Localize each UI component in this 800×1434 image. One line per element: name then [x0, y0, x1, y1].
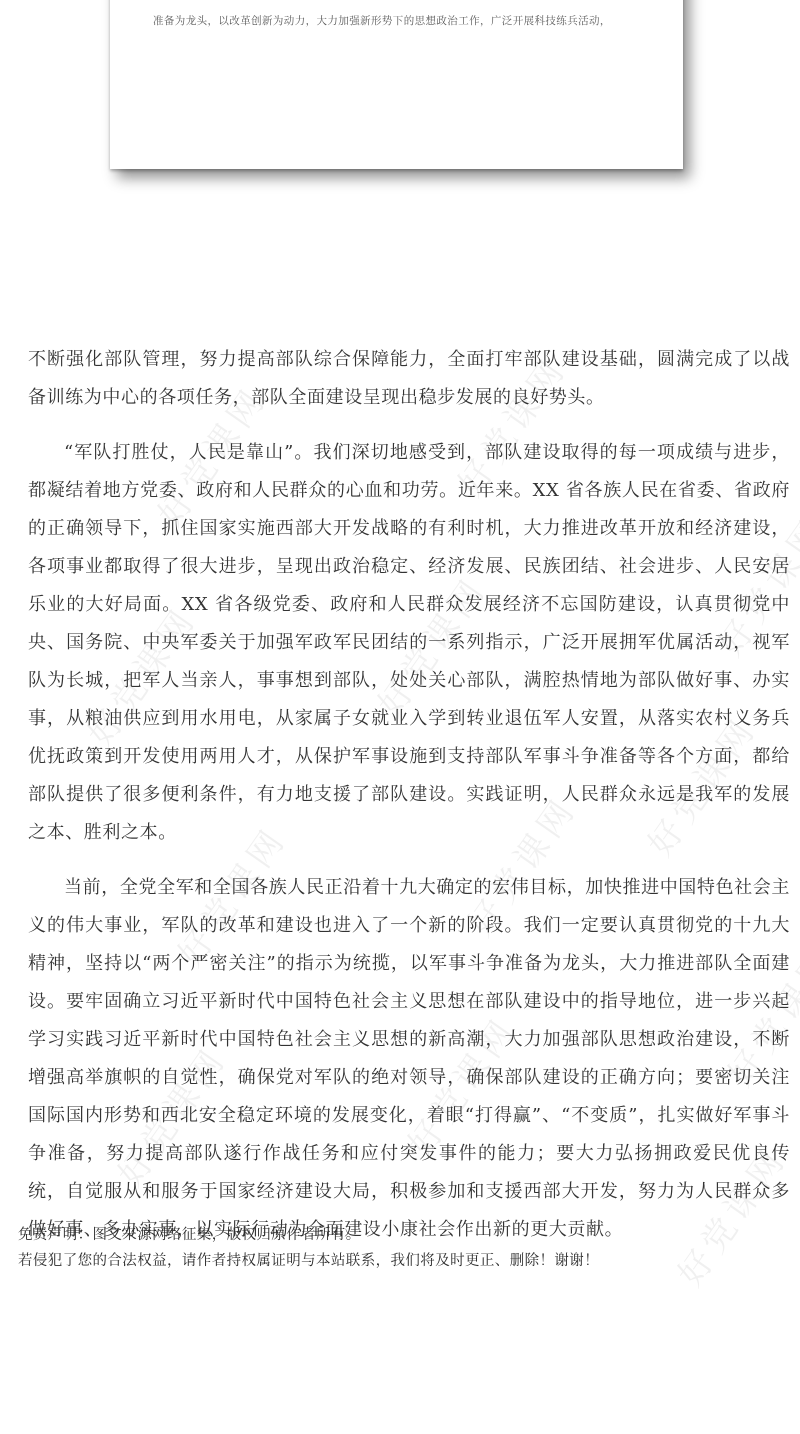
previous-page-sheet: 准备为龙头，以改革创新为动力，大力加强新形势下的思想政治工作，广泛开展科技练兵活…: [110, 0, 683, 169]
disclaimer-line-1: 免责声明：图文来源网络征集，版权归原作者所有。: [18, 1222, 788, 1248]
body-paragraph-3: 当前，全党全军和全国各族人民正沿着十九大确定的宏伟目标，加快推进中国特色社会主义…: [28, 869, 790, 1249]
document-body: 不断强化部队管理，努力提高部队综合保障能力，全面打牢部队建设基础，圆满完成了以战…: [28, 341, 790, 1266]
previous-page-fragment: 准备为龙头，以改革创新为动力，大力加强新形势下的思想政治工作，广泛开展科技练兵活…: [110, 0, 683, 28]
body-paragraph-1: 不断强化部队管理，努力提高部队综合保障能力，全面打牢部队建设基础，圆满完成了以战…: [28, 341, 790, 417]
body-paragraph-2: “军队打胜仗，人民是靠山”。我们深切地感受到，部队建设取得的每一项成绩与进步，都…: [28, 434, 790, 852]
document-page: 好党课网 好党课网 好党课网 好党课网 好党课网 好党课网 好党课网 好党课网 …: [0, 0, 800, 1434]
disclaimer-block: 免责声明：图文来源网络征集，版权归原作者所有。 若侵犯了您的合法权益，请作者持权…: [18, 1222, 788, 1274]
disclaimer-line-2: 若侵犯了您的合法权益，请作者持权属证明与本站联系，我们将及时更正、删除！谢谢！: [18, 1248, 788, 1274]
